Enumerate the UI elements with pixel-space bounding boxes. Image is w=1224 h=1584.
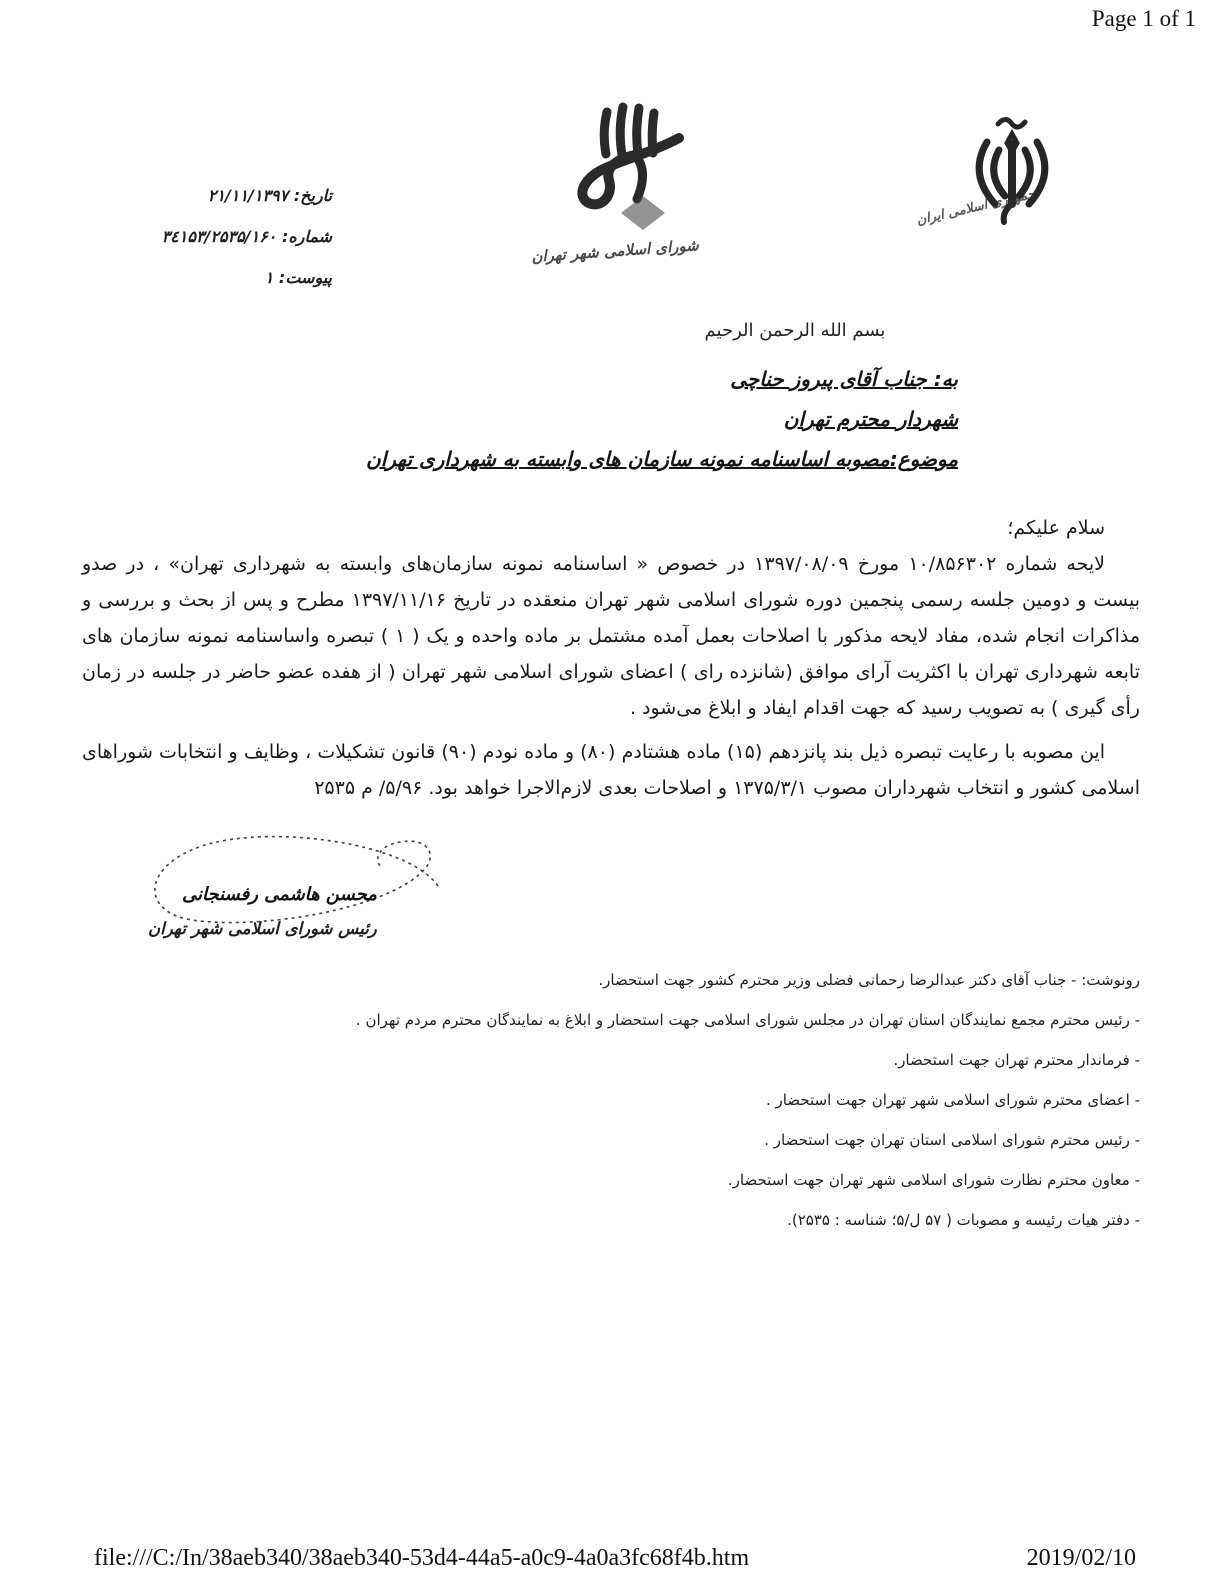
signatory-name: محسن هاشمی رفسنجانی bbox=[182, 884, 377, 905]
cc-item: - دفتر هیات رئیسه و مصوبات ( ۵۷ ل/۵؛ شنا… bbox=[356, 1212, 1140, 1229]
print-footer-date: 2019/02/10 bbox=[1027, 1545, 1136, 1572]
letter-attachment: پیوست: ۱ bbox=[32, 266, 332, 290]
signatory-title: رئیس شورای اسلامی شهر تهران bbox=[148, 919, 377, 938]
cc-item: رونوشت: - جناب آقای دکتر عبدالرضا رحمانی… bbox=[356, 972, 1140, 989]
cc-item: - معاون محترم نظارت شورای اسلامی شهر تهر… bbox=[356, 1172, 1140, 1189]
greeting-line: سلام علیکم؛ bbox=[82, 510, 1140, 546]
letter-body: سلام علیکم؛ لایحه شماره ۱۰/۸۵۶۳۰۲ مورخ ۱… bbox=[82, 510, 1140, 806]
cc-item: - رئیس محترم شورای اسلامی استان تهران جه… bbox=[356, 1132, 1140, 1149]
bismillah-line: بسم الله الرحمن الرحیم bbox=[660, 320, 930, 341]
letter-subject: موضوع:مصوبه اساسنامه نمونه سازمان های وا… bbox=[366, 446, 958, 472]
print-footer-file-url: file:///C:/In/38aeb340/38aeb340-53d4-44a… bbox=[94, 1545, 749, 1572]
addressee-block: به: جناب آقای پیروز حناچی شهردار محترم ت… bbox=[366, 366, 958, 486]
scanned-letter-page: Page 1 of 1 تاریخ: ۲۱/۱۱/۱۳۹۷ شماره: ۳٤۱… bbox=[0, 0, 1224, 1584]
body-paragraph-1: لایحه شماره ۱۰/۸۵۶۳۰۲ مورخ ۱۳۹۷/۰۸/۰۹ در… bbox=[82, 546, 1140, 726]
letter-date: تاریخ: ۲۱/۱۱/۱۳۹۷ bbox=[32, 184, 332, 208]
cc-item: - اعضای محترم شورای اسلامی شهر تهران جهت… bbox=[356, 1092, 1140, 1109]
addressee-title: شهردار محترم تهران bbox=[366, 406, 958, 432]
letterhead-fields: تاریخ: ۲۱/۱۱/۱۳۹۷ شماره: ۳٤۱۵۳/۲۵۳۵/۱۶۰ … bbox=[32, 184, 332, 307]
cc-list: رونوشت: - جناب آقای دکتر عبدالرضا رحمانی… bbox=[356, 972, 1140, 1252]
print-page-number: Page 1 of 1 bbox=[1092, 6, 1196, 32]
letter-number: شماره: ۳٤۱۵۳/۲۵۳۵/۱۶۰ bbox=[32, 225, 332, 249]
tehran-council-logo-icon bbox=[553, 98, 703, 246]
cc-item: - فرماندار محترم تهران جهت استحضار. bbox=[356, 1052, 1140, 1069]
body-paragraph-2: این مصوبه با رعایت تبصره ذیل بند پانزدهم… bbox=[82, 734, 1140, 806]
addressee-to: به: جناب آقای پیروز حناچی bbox=[366, 366, 958, 392]
cc-item: - رئیس محترم مجمع نمایندگان استان تهران … bbox=[356, 1012, 1140, 1029]
